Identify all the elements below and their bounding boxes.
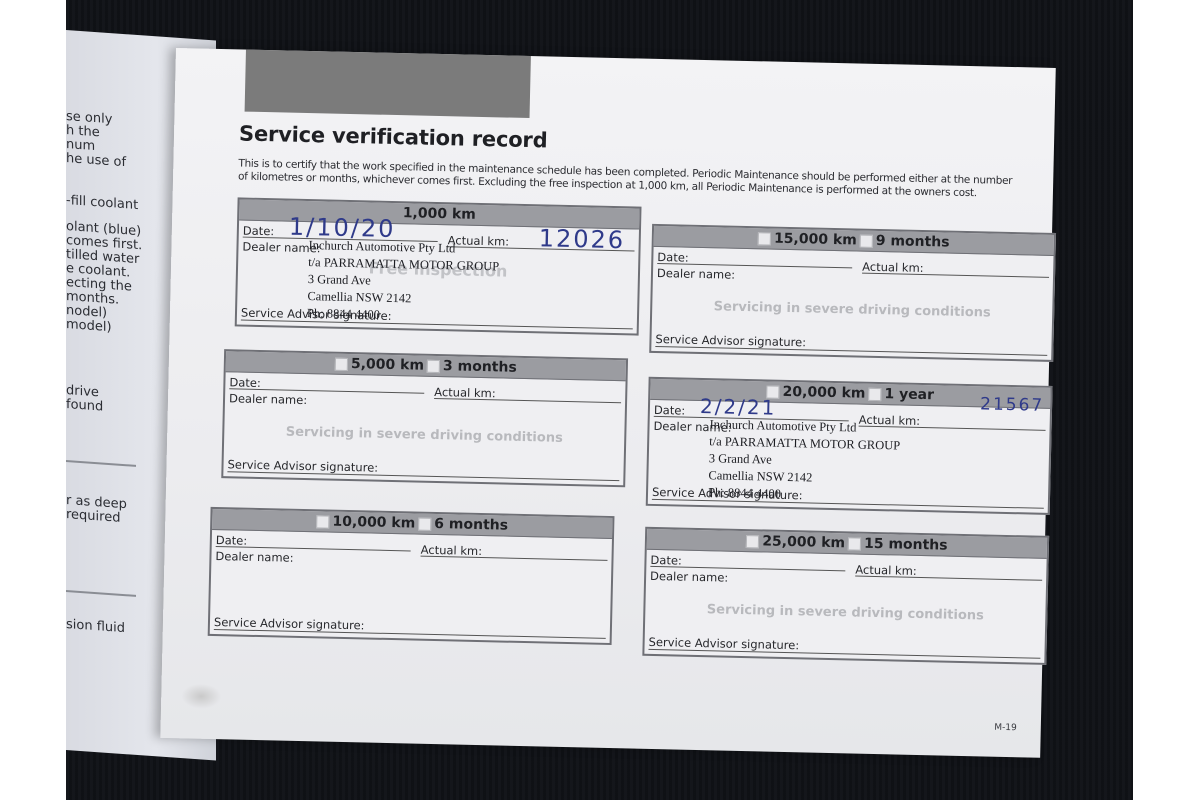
interval-km: 20,000 km [782,384,865,402]
dealer-name-label: Dealer name: [657,266,735,282]
page-title: Service verification record [239,121,548,152]
left-page-text-line: model) [66,318,112,335]
interval-km: 25,000 km [762,533,845,551]
service-card: 5,000 km3 monthsDate:Actual km:Dealer na… [221,349,628,487]
signature-field[interactable]: Service Advisor signature: [227,457,619,481]
service-card: 1,000 kmDate:Actual km:Dealer name:Free … [235,197,642,335]
left-page-text-line: required [66,508,120,526]
date-label: Date: [243,224,275,239]
km-checkbox[interactable] [316,515,329,528]
watermark-text: Servicing in severe driving conditions [224,423,624,447]
interval-km: 1,000 km [403,205,476,223]
photo-background: se onlyh thenumhe use of-fill coolantola… [66,0,1133,800]
date-label: Date: [229,375,261,390]
period-checkbox[interactable] [418,517,431,530]
interval-km: 5,000 km [351,356,424,374]
dealer-name-label: Dealer name: [229,391,307,407]
dealer-name-label: Dealer name: [215,549,293,565]
actual-km-field[interactable]: Actual km: [421,543,608,561]
left-page-text-line: sion fluid [66,618,125,636]
left-page-text-line: -fill coolant [66,194,138,213]
period-checkbox[interactable] [868,387,881,400]
signature-field[interactable]: Service Advisor signature: [214,615,606,639]
interval-period: 15 months [864,536,948,554]
interval-period: 3 months [443,358,517,376]
dealer-stamp: Inchurch Automotive Pty Ltdt/a PARRAMATT… [708,416,901,505]
date-label: Date: [654,403,686,418]
page-number: M-19 [994,723,1017,734]
handwritten-km: 21567 [980,394,1045,415]
service-card: 20,000 km1 yearDate:Actual km:Dealer nam… [646,377,1053,515]
divider [66,460,136,467]
actual-km-field[interactable]: Actual km: [855,563,1042,581]
period-checkbox[interactable] [860,234,873,247]
stamp-line: Ph: 8844 4400 [708,484,899,505]
actual-km-label: Actual km: [421,543,483,558]
signature-label: Service Advisor signature: [214,615,365,632]
service-card: 10,000 km6 monthsDate:Actual km:Dealer n… [208,507,615,645]
signature-label: Service Advisor signature: [655,332,806,349]
actual-km-label: Actual km: [862,260,924,275]
actual-km-label: Actual km: [855,563,917,578]
actual-km-field[interactable]: Actual km: [434,385,621,403]
right-page: Service verification record This is to c… [160,48,1055,758]
km-checkbox[interactable] [335,357,348,370]
service-card: 15,000 km9 monthsDate:Actual km:Dealer n… [649,224,1056,362]
interval-period: 6 months [434,516,508,534]
km-checkbox[interactable] [758,232,771,245]
signature-field[interactable]: Service Advisor signature: [655,332,1047,356]
handwritten-km: 12026 [538,224,625,254]
date-field[interactable]: Date: [650,553,845,571]
watermark-text: Servicing in severe driving conditions [652,298,1052,322]
left-page-text-line: found [66,398,103,415]
date-label: Date: [216,533,248,548]
intro-paragraph: This is to certify that the work specifi… [238,157,1013,201]
interval-km: 15,000 km [774,231,857,249]
date-field[interactable]: Date: [229,375,424,393]
date-label: Date: [657,250,689,265]
smudge [181,683,222,709]
divider [66,590,136,597]
signature-label: Service Advisor signature: [227,457,378,474]
actual-km-field[interactable]: Actual km: [862,260,1049,278]
watermark-text: Servicing in severe driving conditions [645,601,1045,625]
dealer-stamp: Inchurch Automotive Pty Ltdt/a PARRAMATT… [307,237,500,326]
stamp-line: Ph: 8844 4400 [307,305,498,326]
km-checkbox[interactable] [746,535,759,548]
interval-period: 1 year [884,386,934,403]
interval-km: 10,000 km [332,514,415,532]
date-field[interactable]: Date: [216,533,411,551]
date-field[interactable]: Date: [657,250,852,268]
period-checkbox[interactable] [848,537,861,550]
actual-km-label: Actual km: [434,385,496,400]
header-band [245,50,531,118]
interval-period: 9 months [876,233,950,251]
signature-field[interactable]: Service Advisor signature: [648,635,1040,659]
left-page-text-line: he use of [66,152,126,170]
dealer-name-label: Dealer name: [650,569,728,585]
date-label: Date: [650,553,682,568]
period-checkbox[interactable] [427,359,440,372]
signature-label: Service Advisor signature: [648,635,799,652]
service-card: 25,000 km15 monthsDate:Actual km:Dealer … [642,527,1049,665]
